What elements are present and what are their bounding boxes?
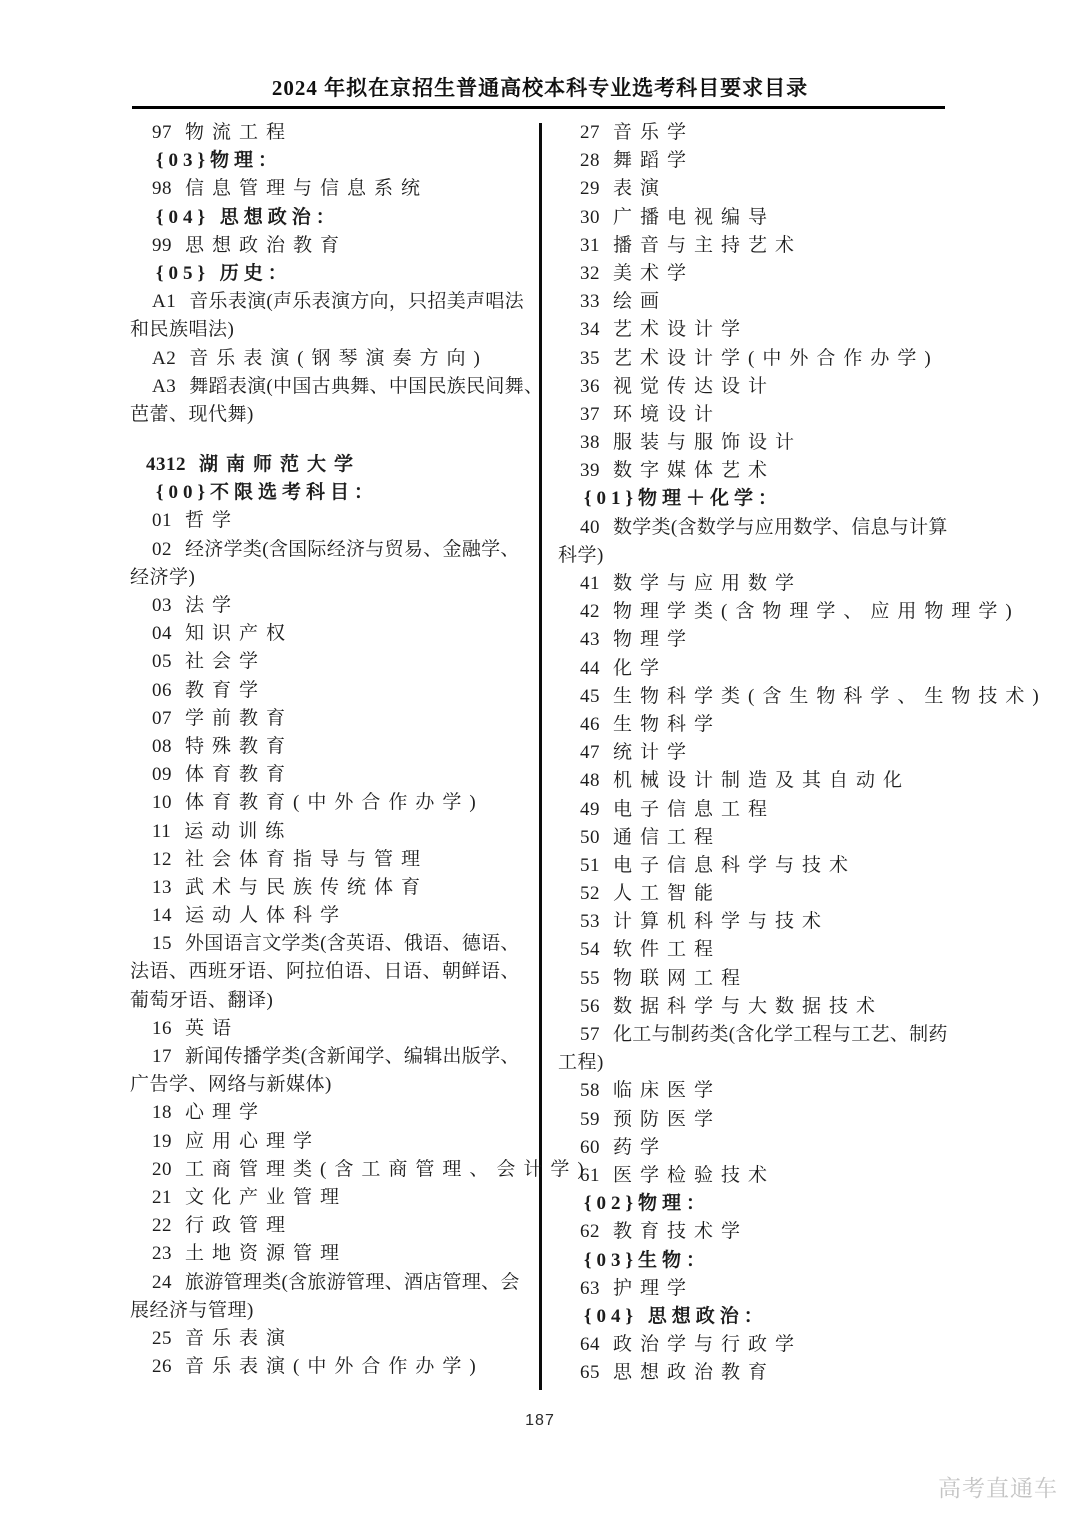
entry-code: 32 [580, 263, 600, 284]
entry-text: 旅游管理类(含旅游管理、酒店管理、会 [185, 1272, 520, 1293]
entry-text: 临床医学 [613, 1080, 721, 1101]
entry-text: 特殊教育 [185, 736, 293, 757]
subject-group-header: {04} 思想政治： [558, 1303, 958, 1331]
entry-text: 广播电视编导 [613, 207, 775, 228]
major-entry: 11运动训练 [130, 818, 530, 846]
major-entry: 53计算机科学与技术 [558, 908, 958, 936]
major-entry: 51电子信息科学与技术 [558, 852, 958, 880]
entry-code: 56 [580, 996, 600, 1017]
entry-code: 44 [580, 658, 600, 679]
subject-group-header: {05} 历史： [130, 260, 530, 288]
entry-code: 26 [152, 1356, 172, 1377]
entry-text: 体育教育 [185, 764, 293, 785]
entry-code: 17 [152, 1046, 172, 1067]
entry-code: 38 [580, 432, 600, 453]
entry-text: 电子信息工程 [613, 799, 775, 820]
major-entry: 41数学与应用数学 [558, 570, 958, 598]
entry-text: 哲学 [185, 510, 239, 531]
entry-code: 05 [152, 651, 172, 672]
entry-code: 63 [580, 1278, 600, 1299]
entry-text: 思想政治教育 [185, 235, 347, 256]
major-entry: 97物流工程 [130, 119, 530, 147]
entry-code: 21 [152, 1187, 172, 1208]
entry-code: 48 [580, 770, 600, 791]
entry-code: 43 [580, 629, 600, 650]
entry-code: 42 [580, 601, 600, 622]
entry-code: 53 [580, 911, 600, 932]
major-entry: 32美术学 [558, 260, 958, 288]
entry-text: 通信工程 [613, 827, 721, 848]
entry-text: 护理学 [613, 1278, 694, 1299]
entry-code: 36 [580, 376, 600, 397]
entry-text: 绘画 [613, 291, 667, 312]
major-entry: 99思想政治教育 [130, 232, 530, 260]
major-entry: 19应用心理学 [130, 1128, 530, 1156]
entry-text: 文化产业管理 [185, 1187, 347, 1208]
entry-code: 16 [152, 1018, 172, 1039]
right-column: 27音乐学28舞蹈学29表演30广播电视编导31播音与主持艺术32美术学33绘画… [558, 119, 958, 1387]
entry-code: 06 [152, 680, 172, 701]
entry-text: 物联网工程 [613, 968, 748, 989]
entry-text: 土地资源管理 [185, 1243, 347, 1264]
entry-text: 教育学 [185, 680, 266, 701]
major-entry: 52人工智能 [558, 880, 958, 908]
entry-code: 09 [152, 764, 172, 785]
entry-continuation: 芭蕾、现代舞) [130, 401, 530, 429]
watermark-text: 高考直通车 [938, 1470, 1058, 1503]
entry-text: 艺术设计学 [613, 319, 748, 340]
entry-continuation: 科学) [558, 542, 958, 570]
major-entry: 48机械设计制造及其自动化 [558, 767, 958, 795]
major-entry: 64政治学与行政学 [558, 1331, 958, 1359]
major-entry: 37环境设计 [558, 401, 958, 429]
entry-text: 人工智能 [613, 883, 721, 904]
entry-text: 舞蹈学 [613, 150, 694, 171]
entry-text: 舞蹈表演(中国古典舞、中国民族民间舞、 [189, 376, 543, 397]
major-entry: 33绘画 [558, 288, 958, 316]
section-gap [130, 429, 530, 451]
entry-code: 57 [580, 1024, 600, 1045]
entry-text: 医学检验技术 [613, 1165, 775, 1186]
major-entry: 13武术与民族传统体育 [130, 874, 530, 902]
major-entry: 36视觉传达设计 [558, 373, 958, 401]
major-entry: 57化工与制药类(含化学工程与工艺、制药 [558, 1021, 958, 1049]
entry-code: 37 [580, 404, 600, 425]
major-entry: 47统计学 [558, 739, 958, 767]
entry-code: 14 [152, 905, 172, 926]
major-entry: 21文化产业管理 [130, 1184, 530, 1212]
major-entry: 45生物科学类(含生物科学、生物技术) [558, 683, 958, 711]
major-entry: 62教育技术学 [558, 1218, 958, 1246]
major-entry: 02经济学类(含国际经济与贸易、金融学、 [130, 536, 530, 564]
entry-code: 55 [580, 968, 600, 989]
entry-code: 27 [580, 122, 600, 143]
entry-text: 数学与应用数学 [613, 573, 802, 594]
entry-code: 50 [580, 827, 600, 848]
entry-code: 45 [580, 686, 600, 707]
major-entry: 40数学类(含数学与应用数学、信息与计算 [558, 514, 958, 542]
entry-code: 18 [152, 1102, 172, 1123]
page-number: 187 [0, 1412, 1080, 1430]
entry-continuation: 工程) [558, 1049, 958, 1077]
entry-text: 化学 [613, 658, 667, 679]
entry-text: 经济学类(含国际经济与贸易、金融学、 [185, 539, 520, 560]
entry-code: 24 [152, 1272, 172, 1293]
entry-text: 药学 [613, 1137, 667, 1158]
major-entry: 50通信工程 [558, 824, 958, 852]
entry-code: A1 [152, 291, 176, 312]
entry-text: 表演 [613, 178, 667, 199]
entry-code: 11 [152, 821, 171, 842]
entry-code: 99 [152, 235, 172, 256]
entry-code: 02 [152, 539, 172, 560]
entry-text: 知识产权 [185, 623, 293, 644]
major-entry: 54软件工程 [558, 936, 958, 964]
entry-code: 29 [580, 178, 600, 199]
entry-code: 20 [152, 1159, 172, 1180]
major-entry: 06教育学 [130, 677, 530, 705]
entry-text: 服装与服饰设计 [613, 432, 802, 453]
major-entry: 17新闻传播学类(含新闻学、编辑出版学、 [130, 1043, 530, 1071]
entry-text: 音乐学 [613, 122, 694, 143]
entry-code: 15 [152, 933, 172, 954]
entry-code: 10 [152, 792, 172, 813]
entry-text: 心理学 [185, 1102, 266, 1123]
entry-code: 03 [152, 595, 172, 616]
entry-code: 13 [152, 877, 172, 898]
major-entry: 49电子信息工程 [558, 796, 958, 824]
major-entry: 27音乐学 [558, 119, 958, 147]
entry-code: 19 [152, 1131, 172, 1152]
entry-text: 播音与主持艺术 [613, 235, 802, 256]
major-entry: 59预防医学 [558, 1106, 958, 1134]
entry-text: 美术学 [613, 263, 694, 284]
entry-code: 34 [580, 319, 600, 340]
entry-code: 97 [152, 122, 172, 143]
entry-code: 01 [152, 510, 172, 531]
entry-text: 统计学 [613, 742, 694, 763]
entry-continuation: 经济学) [130, 564, 530, 592]
entry-text: 信息管理与信息系统 [185, 178, 428, 199]
major-entry: 04知识产权 [130, 620, 530, 648]
major-entry: 12社会体育指导与管理 [130, 846, 530, 874]
major-entry: 22行政管理 [130, 1212, 530, 1240]
major-entry: A2音乐表演(钢琴演奏方向) [130, 345, 530, 373]
entry-text: 教育技术学 [613, 1221, 748, 1242]
entry-text: 软件工程 [613, 939, 721, 960]
entry-code: 22 [152, 1215, 172, 1236]
major-entry: 46生物科学 [558, 711, 958, 739]
entry-code: 23 [152, 1243, 172, 1264]
major-entry: 16英语 [130, 1015, 530, 1043]
entry-text: 生物科学 [613, 714, 721, 735]
entry-code: 65 [580, 1362, 600, 1383]
entry-text: 物理学 [613, 629, 694, 650]
major-entry: 05社会学 [130, 648, 530, 676]
entry-text: 数字媒体艺术 [613, 460, 775, 481]
entry-code: 12 [152, 849, 172, 870]
entry-text: 数据科学与大数据技术 [613, 996, 883, 1017]
entry-continuation: 广告学、网络与新媒体) [130, 1071, 530, 1099]
entry-text: 生物科学类(含生物科学、生物技术) [613, 686, 1047, 707]
entry-text: 体育教育(中外合作办学) [185, 792, 484, 813]
major-entry: 58临床医学 [558, 1077, 958, 1105]
entry-text: 音乐表演(声乐表演方向，只招美声唱法 [189, 291, 524, 312]
major-entry: A1音乐表演(声乐表演方向，只招美声唱法 [130, 288, 530, 316]
entry-code: 41 [580, 573, 600, 594]
major-entry: 07学前教育 [130, 705, 530, 733]
entry-continuation: 和民族唱法) [130, 316, 530, 344]
entry-code: 98 [152, 178, 172, 199]
major-entry: 03法学 [130, 592, 530, 620]
major-entry: 01哲学 [130, 507, 530, 535]
entry-text: 行政管理 [185, 1215, 293, 1236]
major-entry: 18心理学 [130, 1099, 530, 1127]
entry-text: 社会体育指导与管理 [185, 849, 428, 870]
major-entry: 20工商管理类(含工商管理、会计学) [130, 1156, 530, 1184]
entry-code: A3 [152, 376, 176, 397]
entry-code: 40 [580, 517, 600, 538]
entry-code: 25 [152, 1328, 172, 1349]
subject-group-header: {02}物理： [558, 1190, 958, 1218]
entry-text: 电子信息科学与技术 [613, 855, 856, 876]
entry-text: 外国语言文学类(含英语、俄语、德语、 [185, 933, 520, 954]
subject-group-header: {04} 思想政治： [130, 204, 530, 232]
major-entry: 61医学检验技术 [558, 1162, 958, 1190]
entry-code: 58 [580, 1080, 600, 1101]
entry-code: 61 [580, 1165, 600, 1186]
entry-text: 法学 [185, 595, 239, 616]
entry-code: 04 [152, 623, 172, 644]
entry-code: 30 [580, 207, 600, 228]
major-entry: 25音乐表演 [130, 1325, 530, 1353]
major-entry: 60药学 [558, 1134, 958, 1162]
entry-code: 60 [580, 1137, 600, 1158]
major-entry: 31播音与主持艺术 [558, 232, 958, 260]
entry-continuation: 葡萄牙语、翻译) [130, 987, 530, 1015]
entry-code: 62 [580, 1221, 600, 1242]
major-entry: 55物联网工程 [558, 965, 958, 993]
major-entry: 44化学 [558, 655, 958, 683]
major-entry: 09体育教育 [130, 761, 530, 789]
major-entry: 24旅游管理类(含旅游管理、酒店管理、会 [130, 1269, 530, 1297]
entry-text: 计算机科学与技术 [613, 911, 829, 932]
entry-text: 环境设计 [613, 404, 721, 425]
entry-text: 政治学与行政学 [613, 1334, 802, 1355]
entry-text: 运动训练 [184, 821, 292, 842]
entry-code: 47 [580, 742, 600, 763]
entry-text: 音乐表演(钢琴演奏方向) [189, 348, 488, 369]
entry-code: 49 [580, 799, 600, 820]
entry-code: 46 [580, 714, 600, 735]
entry-text: 物理学类(含物理学、应用物理学) [613, 601, 1020, 622]
entry-text: 湖南师范大学 [199, 454, 361, 475]
major-entry: 34艺术设计学 [558, 316, 958, 344]
subject-group-header: {03}物理： [130, 147, 530, 175]
major-entry: 39数字媒体艺术 [558, 457, 958, 485]
left-column: 97物流工程{03}物理：98信息管理与信息系统{04} 思想政治：99思想政治… [130, 119, 530, 1381]
major-entry: 42物理学类(含物理学、应用物理学) [558, 598, 958, 626]
entry-code: 59 [580, 1109, 600, 1130]
catalog-page: 2024 年拟在京招生普通高校本科专业选考科目要求目录 97物流工程{03}物理… [0, 0, 1080, 1527]
entry-code: 54 [580, 939, 600, 960]
entry-code: 52 [580, 883, 600, 904]
entry-code: 35 [580, 348, 600, 369]
entry-code: 64 [580, 1334, 600, 1355]
entry-code: 08 [152, 736, 172, 757]
entry-code: 28 [580, 150, 600, 171]
entry-text: 物流工程 [185, 122, 293, 143]
entry-code: 4312 [146, 454, 186, 475]
entry-continuation: 展经济与管理) [130, 1297, 530, 1325]
major-entry: A3舞蹈表演(中国古典舞、中国民族民间舞、 [130, 373, 530, 401]
major-entry: 14运动人体科学 [130, 902, 530, 930]
major-entry: 38服装与服饰设计 [558, 429, 958, 457]
entry-text: 数学类(含数学与应用数学、信息与计算 [613, 517, 948, 538]
school-header: 4312湖南师范大学 [130, 451, 530, 479]
subject-group-header: {03}生物： [558, 1247, 958, 1275]
entry-code: 31 [580, 235, 600, 256]
major-entry: 29表演 [558, 175, 958, 203]
header-rule [132, 106, 945, 109]
major-entry: 15外国语言文学类(含英语、俄语、德语、 [130, 930, 530, 958]
major-entry: 65思想政治教育 [558, 1359, 958, 1387]
entry-text: 艺术设计学(中外合作办学) [613, 348, 939, 369]
subject-group-header: {01}物理＋化学： [558, 485, 958, 513]
entry-text: 工商管理类(含工商管理、会计学) [185, 1159, 592, 1180]
major-entry: 63护理学 [558, 1275, 958, 1303]
entry-text: 思想政治教育 [613, 1362, 775, 1383]
entry-text: 社会学 [185, 651, 266, 672]
major-entry: 56数据科学与大数据技术 [558, 993, 958, 1021]
entry-code: A2 [152, 348, 176, 369]
entry-code: 51 [580, 855, 600, 876]
entry-code: 39 [580, 460, 600, 481]
major-entry: 30广播电视编导 [558, 204, 958, 232]
entry-text: 武术与民族传统体育 [185, 877, 428, 898]
major-entry: 23土地资源管理 [130, 1240, 530, 1268]
entry-text: 学前教育 [185, 708, 293, 729]
entry-text: 预防医学 [613, 1109, 721, 1130]
subject-group-header: {00}不限选考科目： [130, 479, 530, 507]
major-entry: 35艺术设计学(中外合作办学) [558, 345, 958, 373]
entry-text: 新闻传播学类(含新闻学、编辑出版学、 [185, 1046, 520, 1067]
major-entry: 10体育教育(中外合作办学) [130, 789, 530, 817]
entry-text: 应用心理学 [185, 1131, 320, 1152]
entry-text: 化工与制药类(含化学工程与工艺、制药 [613, 1024, 948, 1045]
major-entry: 28舞蹈学 [558, 147, 958, 175]
entry-code: 07 [152, 708, 172, 729]
entry-code: 33 [580, 291, 600, 312]
major-entry: 08特殊教育 [130, 733, 530, 761]
page-title: 2024 年拟在京招生普通高校本科专业选考科目要求目录 [0, 72, 1080, 102]
entry-continuation: 法语、西班牙语、阿拉伯语、日语、朝鲜语、 [130, 958, 530, 986]
entry-text: 机械设计制造及其自动化 [613, 770, 910, 791]
entry-text: 音乐表演 [185, 1328, 293, 1349]
major-entry: 98信息管理与信息系统 [130, 175, 530, 203]
entry-text: 视觉传达设计 [613, 376, 775, 397]
major-entry: 26音乐表演(中外合作办学) [130, 1353, 530, 1381]
column-divider [539, 123, 542, 1390]
entry-text: 运动人体科学 [185, 905, 347, 926]
entry-text: 音乐表演(中外合作办学) [185, 1356, 484, 1377]
major-entry: 43物理学 [558, 626, 958, 654]
entry-text: 英语 [185, 1018, 239, 1039]
